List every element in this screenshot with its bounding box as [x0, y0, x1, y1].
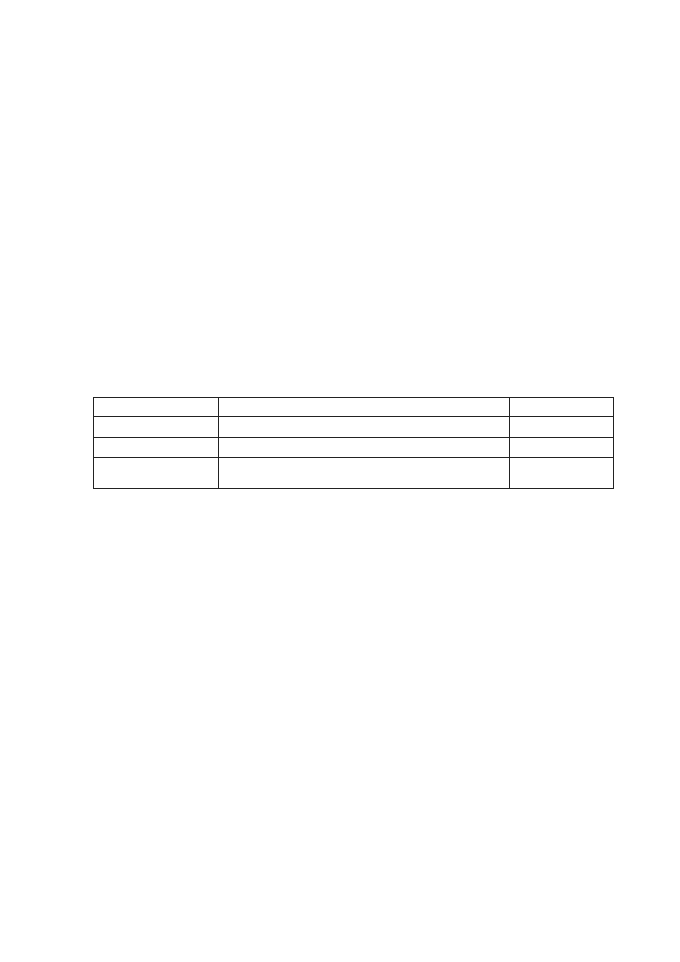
header-example — [510, 398, 614, 417]
cell-field — [94, 458, 219, 489]
cell-field — [94, 438, 219, 458]
header-field — [94, 398, 219, 417]
cell-example — [510, 417, 614, 438]
cell-example — [510, 458, 614, 489]
header-format — [219, 398, 510, 417]
number-format-table — [93, 397, 614, 489]
cell-field — [94, 417, 219, 438]
table-row — [94, 438, 614, 458]
table-header-row — [94, 398, 614, 417]
cell-format — [219, 438, 510, 458]
cell-format — [219, 417, 510, 438]
cell-example — [510, 438, 614, 458]
table-row — [94, 417, 614, 438]
table-row — [94, 458, 614, 489]
cell-format — [219, 458, 510, 489]
